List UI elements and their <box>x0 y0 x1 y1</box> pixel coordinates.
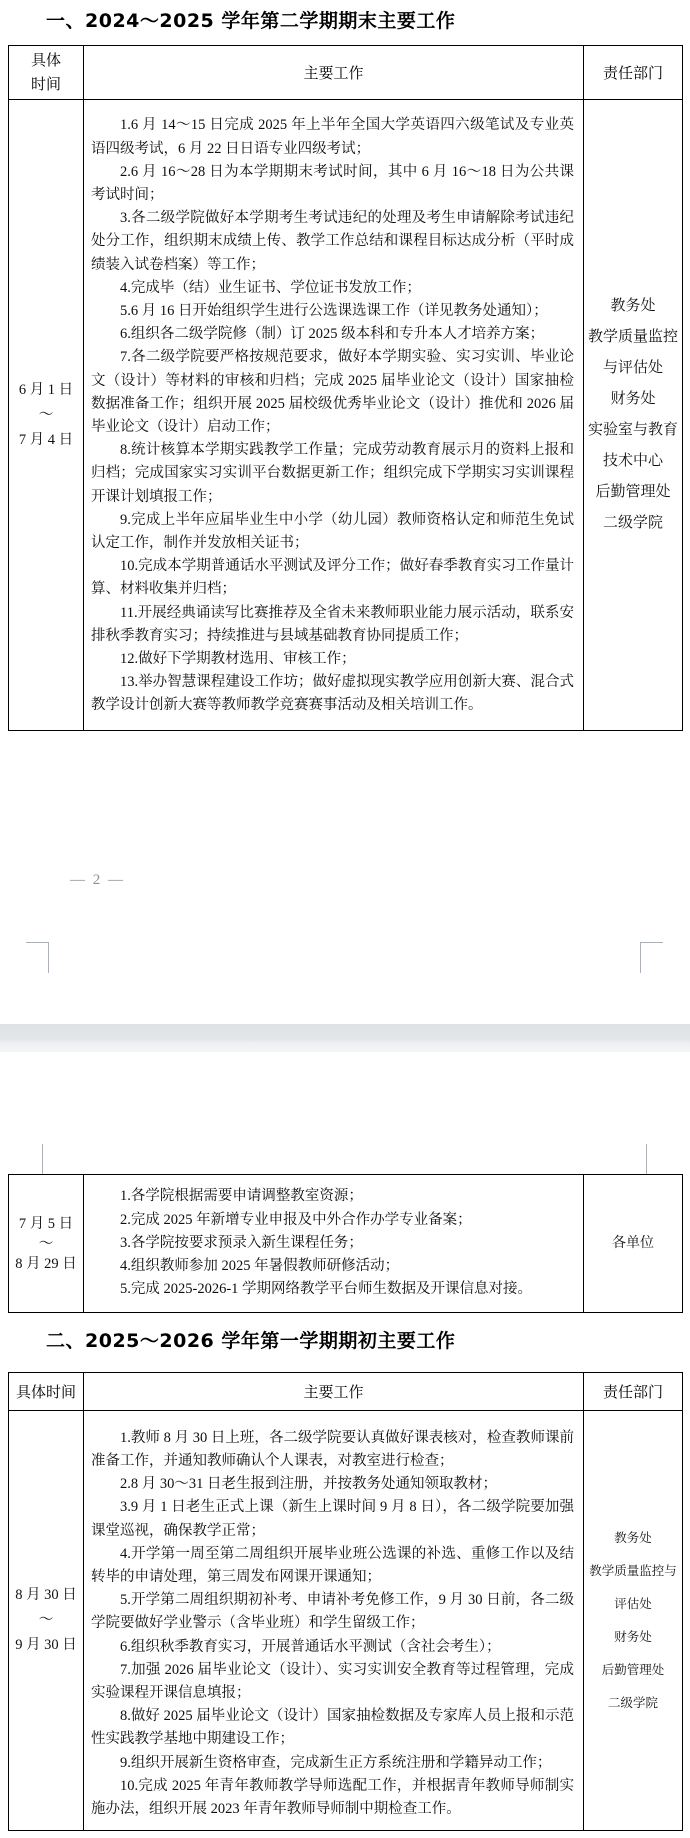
task-item: 6.组织秋季教育实习，开展普通话水平测试（含社会考生）； <box>91 1636 574 1659</box>
task-item: 3.各二级学院做好本学期考生考试违纪的处理及考生申请解除考试违纪处分工作，组织期… <box>91 207 574 277</box>
task-item: 3.各学院按要求预录入新生课程任务； <box>91 1232 574 1255</box>
table-row: 8 月 30 日～9 月 30 日 1.教师 8 月 30 日上班，各二级学院要… <box>9 1411 683 1831</box>
column-header-main-work: 主要工作 <box>84 1373 584 1411</box>
column-header-time: 具体时间 <box>9 46 84 100</box>
time-range-line: ～ <box>9 403 83 428</box>
task-item: 2.6 月 16～28 日为本学期期末考试时间，其中 6 月 16～18 日为公… <box>91 161 574 207</box>
section2-heading: 二、2025～2026 学年第一学期期初主要工作 <box>46 1326 455 1353</box>
page-break-gap <box>0 1024 690 1052</box>
department-name: 教务处 <box>584 291 682 322</box>
time-range-line: 7 月 4 日 <box>9 428 83 453</box>
department-name: 二级学院 <box>584 1687 682 1720</box>
time-range-line: 8 月 29 日 <box>9 1254 83 1274</box>
task-item: 3.9 月 1 日老生正式上课（新生上课时间 9 月 8 日），各二级学院要加强… <box>91 1496 574 1542</box>
department-cell: 教务处教学质量监控与评估处财务处后勤管理处二级学院 <box>584 1411 683 1831</box>
summer-continuation-table: 7 月 5 日～8 月 29 日 1.各学院根据需要申请调整教室资源；2.完成 … <box>8 1174 683 1313</box>
task-item: 9.完成上半年应届毕业生中小学（幼儿园）教师资格认定和师范生免试认定工作，制作并… <box>91 509 574 555</box>
department-cell: 教务处教学质量监控与评估处财务处实验室与教育技术中心后勤管理处二级学院 <box>584 100 683 731</box>
main-work-cell: 1.教师 8 月 30 日上班，各二级学院要认真做好课表核对，检查教师课前准备工… <box>84 1411 584 1831</box>
task-item: 4.组织教师参加 2025 年暑假教师研修活动； <box>91 1255 574 1278</box>
department-name: 后勤管理处 <box>584 477 682 508</box>
department-name: 教学质量监控与评估处 <box>584 1555 682 1621</box>
task-item: 10.完成本学期普通话水平测试及评分工作；做好春季教育实习工作量计算、材料收集并… <box>91 555 574 601</box>
task-item: 2.8 月 30～31 日老生报到注册，并按教务处通知领取教材； <box>91 1473 574 1496</box>
time-range-line: 9 月 30 日 <box>9 1633 83 1658</box>
department-name: 教学质量监控与评估处 <box>584 322 682 384</box>
task-item: 1.各学院根据需要申请调整教室资源； <box>91 1185 574 1208</box>
task-item: 9.组织开展新生资格审查，完成新生正方系统注册和学籍异动工作； <box>91 1752 574 1775</box>
department-name: 后勤管理处 <box>584 1654 682 1687</box>
task-item: 11.开展经典诵读写比赛推荐及全省未来教师职业能力展示活动，联系安排秋季教育实习… <box>91 602 574 648</box>
task-item: 8.做好 2025 届毕业论文（设计）国家抽检数据及专家库人员上报和示范性实践教… <box>91 1705 574 1751</box>
task-item: 7.加强 2026 届毕业论文（设计）、实习实训安全教育等过程管理，完成实验课程… <box>91 1659 574 1705</box>
department-name: 实验室与教育技术中心 <box>584 415 682 477</box>
task-item: 4.开学第一周至第二周组织开展毕业班公选课的补选、重修工作以及结转毕的申请处理，… <box>91 1543 574 1589</box>
page-corner-mark <box>640 942 663 973</box>
task-item: 5.6 月 16 日开始组织学生进行公选课选课工作（详见教务处通知）； <box>91 300 574 323</box>
task-item: 10.完成 2025 年青年教师教学导师选配工作，并根据青年教师导师制实施办法，… <box>91 1775 574 1821</box>
page-number: — 2 — <box>70 872 125 889</box>
page-corner-mark <box>42 1144 55 1175</box>
task-item: 8.统计核算本学期实践教学工作量；完成劳动教育展示月的资料上报和归档；完成国家实… <box>91 439 574 509</box>
time-range-cell: 7 月 5 日～8 月 29 日 <box>9 1175 84 1313</box>
section1-heading: 一、2024～2025 学年第二学期期末主要工作 <box>46 6 455 33</box>
time-range-line: ～ <box>9 1608 83 1633</box>
department-name: 教务处 <box>584 1522 682 1555</box>
department-cell: 各单位 <box>584 1175 683 1313</box>
column-header-time: 具体时间 <box>9 1373 84 1411</box>
main-work-cell: 1.6 月 14～15 日完成 2025 年上半年全国大学英语四六级笔试及专业英… <box>84 100 584 731</box>
page-corner-mark <box>26 942 49 973</box>
department-name: 各单位 <box>584 1234 682 1254</box>
semester-start-work-table: 具体时间 主要工作 责任部门 8 月 30 日～9 月 30 日 1.教师 8 … <box>8 1372 683 1831</box>
task-item: 5.完成 2025-2026-1 学期网络教学平台师生数据及开课信息对接。 <box>91 1278 574 1301</box>
time-range-line: 6 月 1 日 <box>9 378 83 403</box>
document-page[interactable]: 一、2024～2025 学年第二学期期末主要工作 具体时间 主要工作 责任部门 … <box>0 0 690 1838</box>
task-item: 13.举办智慧课程建设工作坊；做好虚拟现实教学应用创新大赛、混合式教学设计创新大… <box>91 671 574 717</box>
department-name: 财务处 <box>584 1621 682 1654</box>
column-header-department: 责任部门 <box>584 46 683 100</box>
page-corner-mark <box>634 1144 647 1175</box>
table-row: 7 月 5 日～8 月 29 日 1.各学院根据需要申请调整教室资源；2.完成 … <box>9 1175 683 1313</box>
department-name: 二级学院 <box>584 508 682 539</box>
semester-end-work-table: 具体时间 主要工作 责任部门 6 月 1 日～7 月 4 日 1.6 月 14～… <box>8 45 683 731</box>
time-range-cell: 8 月 30 日～9 月 30 日 <box>9 1411 84 1831</box>
column-header-department: 责任部门 <box>584 1373 683 1411</box>
time-range-cell: 6 月 1 日～7 月 4 日 <box>9 100 84 731</box>
task-item: 5.开学第二周组织期初补考、申请补考免修工作，9 月 30 日前，各二级学院要做… <box>91 1589 574 1635</box>
task-item: 12.做好下学期教材选用、审核工作； <box>91 648 574 671</box>
time-range-line: 8 月 30 日 <box>9 1583 83 1608</box>
task-item: 1.教师 8 月 30 日上班，各二级学院要认真做好课表核对，检查教师课前准备工… <box>91 1427 574 1473</box>
task-item: 6.组织各二级学院修（制）订 2025 级本科和专升本人才培养方案； <box>91 323 574 346</box>
table-header-row: 具体时间 主要工作 责任部门 <box>9 46 683 100</box>
department-name: 财务处 <box>584 384 682 415</box>
time-range-line: 7 月 5 日 <box>9 1214 83 1234</box>
task-item: 7.各二级学院要严格按规范要求，做好本学期实验、实习实训、毕业论文（设计）等材料… <box>91 346 574 439</box>
table-row: 6 月 1 日～7 月 4 日 1.6 月 14～15 日完成 2025 年上半… <box>9 100 683 731</box>
task-item: 1.6 月 14～15 日完成 2025 年上半年全国大学英语四六级笔试及专业英… <box>91 114 574 160</box>
column-header-main-work: 主要工作 <box>84 46 584 100</box>
task-item: 2.完成 2025 年新增专业申报及中外合作办学专业备案； <box>91 1209 574 1232</box>
task-item: 4.完成毕（结）业生证书、学位证书发放工作； <box>91 277 574 300</box>
main-work-cell: 1.各学院根据需要申请调整教室资源；2.完成 2025 年新增专业申报及中外合作… <box>84 1175 584 1313</box>
table-header-row: 具体时间 主要工作 责任部门 <box>9 1373 683 1411</box>
time-range-line: ～ <box>9 1234 83 1254</box>
